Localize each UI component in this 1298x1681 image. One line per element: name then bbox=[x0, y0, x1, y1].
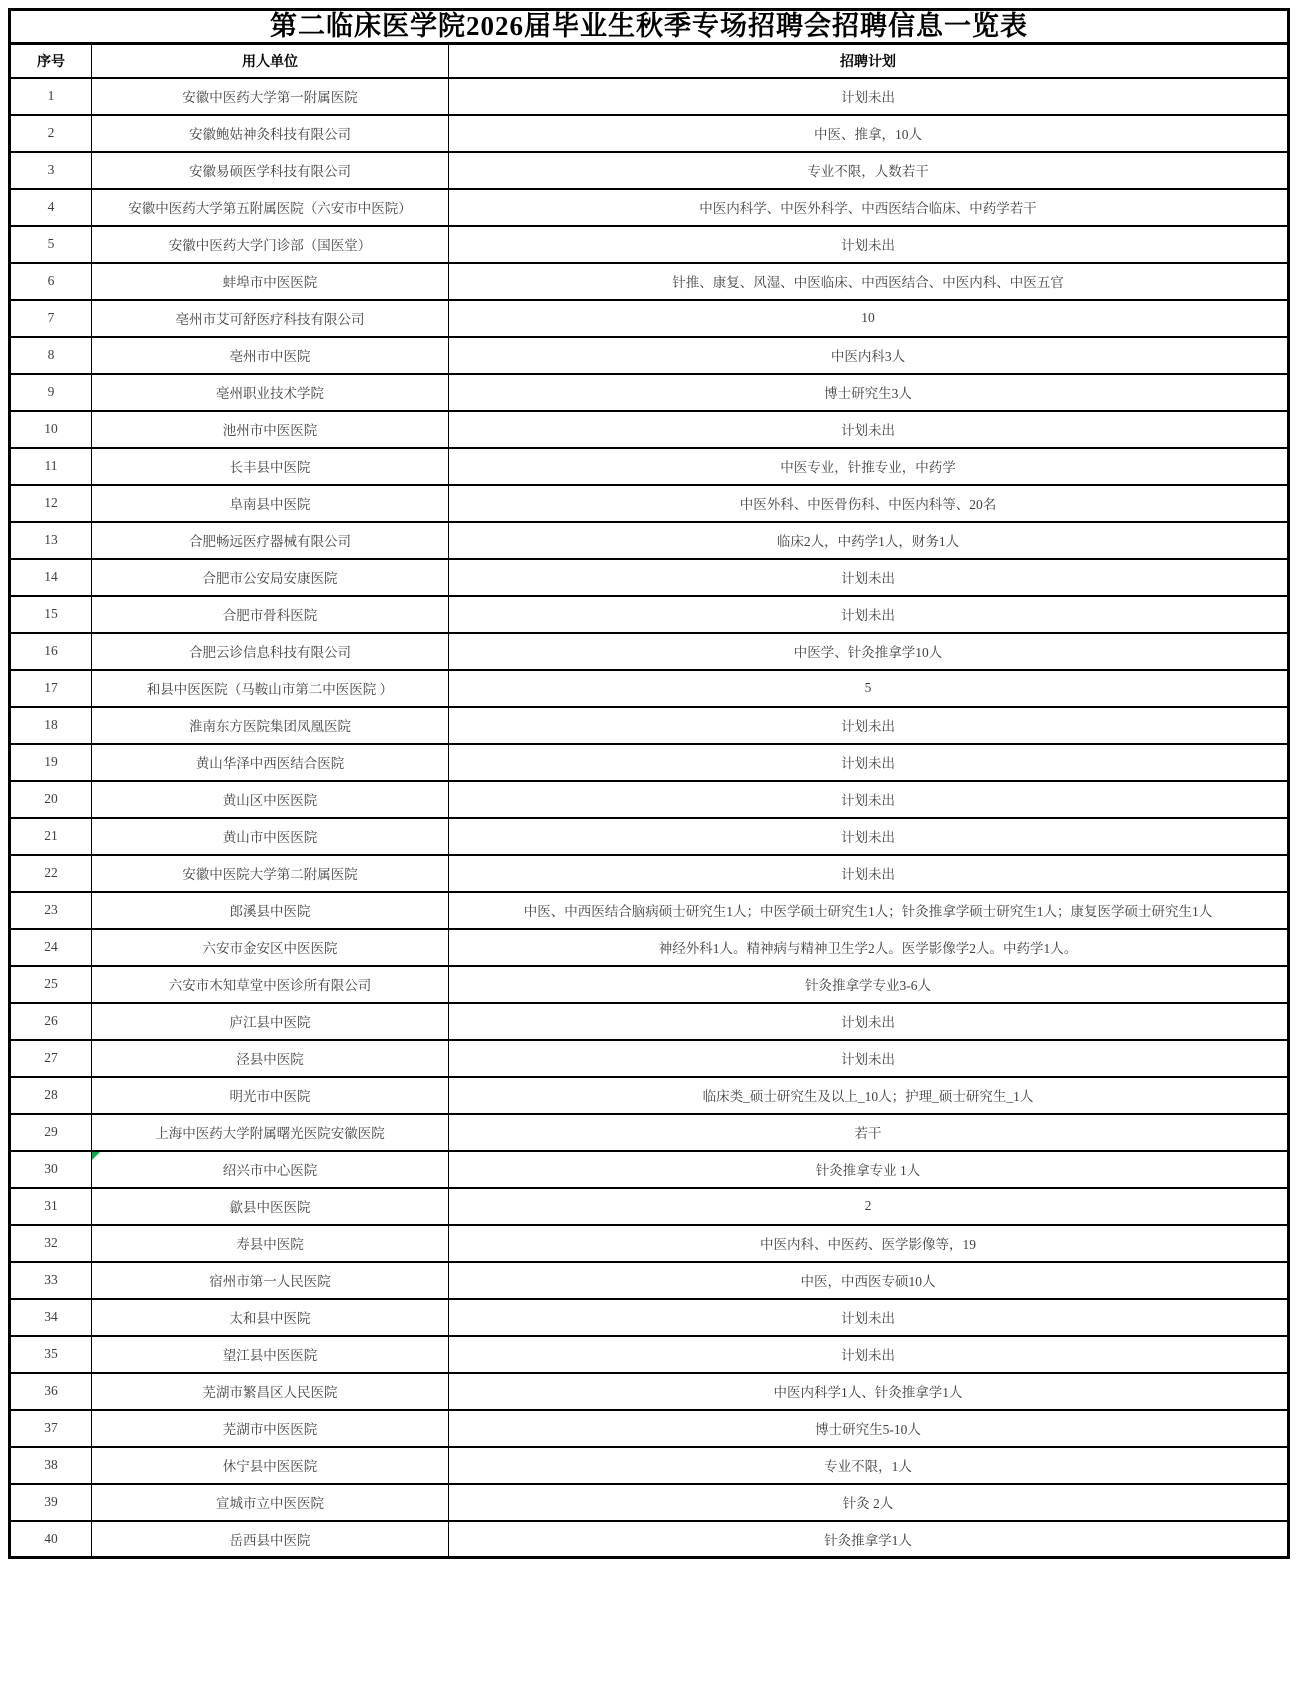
row-index-cell: 34 bbox=[10, 1299, 92, 1336]
row-employer-cell: 亳州市艾可舒医疗科技有限公司 bbox=[92, 300, 449, 337]
row-plan-cell: 中医内科、中医药、医学影像等，19 bbox=[449, 1225, 1289, 1262]
recruitment-info-page: 第二临床医学院2026届毕业生秋季专场招聘会招聘信息一览表 序号 用人单位 招聘… bbox=[0, 0, 1298, 1681]
row-plan-cell: 计划未出 bbox=[449, 781, 1289, 818]
row-index-cell: 23 bbox=[10, 892, 92, 929]
table-row: 37 芜湖市中医医院 博士研究生5-10人 bbox=[10, 1410, 1289, 1447]
row-plan-cell: 中医内科学1人、针灸推拿学1人 bbox=[449, 1373, 1289, 1410]
table-row: 4 安徽中医药大学第五附属医院（六安市中医院） 中医内科学、中医外科学、中西医结… bbox=[10, 189, 1289, 226]
row-plan-cell: 计划未出 bbox=[449, 596, 1289, 633]
row-plan-cell: 10 bbox=[449, 300, 1289, 337]
row-employer-cell: 安徽中医药大学第一附属医院 bbox=[92, 78, 449, 115]
row-employer-cell: 和县中医医院（马鞍山市第二中医医院 ） bbox=[92, 670, 449, 707]
row-employer-cell: 黄山华泽中西医结合医院 bbox=[92, 744, 449, 781]
table-row: 11 长丰县中医院 中医专业，针推专业，中药学 bbox=[10, 448, 1289, 485]
table-body: 1 安徽中医药大学第一附属医院 计划未出 2 安徽鲍姑神灸科技有限公司 中医、推… bbox=[10, 78, 1289, 1558]
row-employer-label: 安徽易硕医学科技有限公司 bbox=[189, 164, 351, 179]
row-employer-cell: 淮南东方医院集团凤凰医院 bbox=[92, 707, 449, 744]
row-index-cell: 29 bbox=[10, 1114, 92, 1151]
row-employer-cell: 六安市木知草堂中医诊所有限公司 bbox=[92, 966, 449, 1003]
row-employer-cell: 歙县中医医院 bbox=[92, 1188, 449, 1225]
row-employer-label: 宣城市立中医医院 bbox=[216, 1496, 324, 1511]
row-employer-cell: 合肥市公安局安康医院 bbox=[92, 559, 449, 596]
row-index-cell: 35 bbox=[10, 1336, 92, 1373]
row-employer-label: 岳西县中医院 bbox=[230, 1533, 311, 1548]
row-employer-cell: 合肥云诊信息科技有限公司 bbox=[92, 633, 449, 670]
row-index-cell: 7 bbox=[10, 300, 92, 337]
row-employer-cell: 宿州市第一人民医院 bbox=[92, 1262, 449, 1299]
row-index-cell: 6 bbox=[10, 263, 92, 300]
row-employer-cell: 亳州职业技术学院 bbox=[92, 374, 449, 411]
row-index-cell: 2 bbox=[10, 115, 92, 152]
row-employer-cell: 安徽中医院大学第二附属医院 bbox=[92, 855, 449, 892]
row-plan-cell: 计划未出 bbox=[449, 818, 1289, 855]
row-employer-label: 安徽中医药大学门诊部（国医堂） bbox=[169, 238, 372, 253]
row-employer-label: 安徽鲍姑神灸科技有限公司 bbox=[189, 127, 351, 142]
row-index-cell: 9 bbox=[10, 374, 92, 411]
row-plan-cell: 计划未出 bbox=[449, 226, 1289, 263]
table-row: 17 和县中医医院（马鞍山市第二中医医院 ） 5 bbox=[10, 670, 1289, 707]
row-plan-cell: 针灸推拿学专业3-6人 bbox=[449, 966, 1289, 1003]
row-plan-cell: 计划未出 bbox=[449, 744, 1289, 781]
row-employer-label: 合肥市骨科医院 bbox=[223, 608, 318, 623]
table-row: 2 安徽鲍姑神灸科技有限公司 中医、推拿，10人 bbox=[10, 115, 1289, 152]
row-employer-cell: 明光市中医院 bbox=[92, 1077, 449, 1114]
table-row: 29 上海中医药大学附属曙光医院安徽医院 若干 bbox=[10, 1114, 1289, 1151]
table-row: 25 六安市木知草堂中医诊所有限公司 针灸推拿学专业3-6人 bbox=[10, 966, 1289, 1003]
table-row: 22 安徽中医院大学第二附属医院 计划未出 bbox=[10, 855, 1289, 892]
row-index-cell: 17 bbox=[10, 670, 92, 707]
table-row: 12 阜南县中医院 中医外科、中医骨伤科、中医内科等、20名 bbox=[10, 485, 1289, 522]
row-index-cell: 3 bbox=[10, 152, 92, 189]
row-plan-cell: 中医学、针灸推拿学10人 bbox=[449, 633, 1289, 670]
row-index-cell: 15 bbox=[10, 596, 92, 633]
table-row: 9 亳州职业技术学院 博士研究生3人 bbox=[10, 374, 1289, 411]
row-employer-label: 芜湖市繁昌区人民医院 bbox=[203, 1385, 338, 1400]
row-plan-cell: 中医、推拿，10人 bbox=[449, 115, 1289, 152]
row-employer-label: 黄山市中医医院 bbox=[223, 830, 318, 845]
row-employer-cell: 安徽鲍姑神灸科技有限公司 bbox=[92, 115, 449, 152]
row-employer-cell: 芜湖市中医医院 bbox=[92, 1410, 449, 1447]
row-plan-cell: 计划未出 bbox=[449, 1003, 1289, 1040]
row-plan-cell: 中医、中西医结合脑病硕士研究生1人；中医学硕士研究生1人；针灸推拿学硕士研究生1… bbox=[449, 892, 1289, 929]
row-index-cell: 30 bbox=[10, 1151, 92, 1188]
row-employer-label: 六安市金安区中医医院 bbox=[203, 941, 338, 956]
row-plan-cell: 计划未出 bbox=[449, 411, 1289, 448]
row-employer-cell: 郎溪县中医院 bbox=[92, 892, 449, 929]
row-employer-cell: 安徽易硕医学科技有限公司 bbox=[92, 152, 449, 189]
row-index-cell: 22 bbox=[10, 855, 92, 892]
comment-marker-icon bbox=[92, 1152, 100, 1160]
row-index-cell: 37 bbox=[10, 1410, 92, 1447]
header-row: 序号 用人单位 招聘计划 bbox=[10, 44, 1289, 78]
table-row: 13 合肥畅远医疗器械有限公司 临床2人，中药学1人，财务1人 bbox=[10, 522, 1289, 559]
row-index-cell: 13 bbox=[10, 522, 92, 559]
row-index-cell: 19 bbox=[10, 744, 92, 781]
row-plan-cell: 中医内科学、中医外科学、中西医结合临床、中药学若干 bbox=[449, 189, 1289, 226]
table-row: 34 太和县中医院 计划未出 bbox=[10, 1299, 1289, 1336]
table-row: 39 宣城市立中医医院 针灸 2人 bbox=[10, 1484, 1289, 1521]
row-employer-cell: 蚌埠市中医医院 bbox=[92, 263, 449, 300]
row-employer-label: 池州市中医医院 bbox=[223, 423, 318, 438]
row-plan-cell: 针推、康复、风湿、中医临床、中西医结合、中医内科、中医五官 bbox=[449, 263, 1289, 300]
row-plan-cell: 中医专业，针推专业，中药学 bbox=[449, 448, 1289, 485]
row-plan-cell: 计划未出 bbox=[449, 1040, 1289, 1077]
row-employer-cell: 芜湖市繁昌区人民医院 bbox=[92, 1373, 449, 1410]
table-row: 1 安徽中医药大学第一附属医院 计划未出 bbox=[10, 78, 1289, 115]
row-plan-cell: 中医，中西医专硕10人 bbox=[449, 1262, 1289, 1299]
row-plan-cell: 专业不限，人数若干 bbox=[449, 152, 1289, 189]
row-index-cell: 16 bbox=[10, 633, 92, 670]
row-employer-label: 明光市中医院 bbox=[230, 1089, 311, 1104]
row-index-cell: 31 bbox=[10, 1188, 92, 1225]
row-employer-cell: 合肥畅远医疗器械有限公司 bbox=[92, 522, 449, 559]
row-plan-cell: 神经外科1人。精神病与精神卫生学2人。医学影像学2人。中药学1人。 bbox=[449, 929, 1289, 966]
row-employer-label: 郎溪县中医院 bbox=[230, 904, 311, 919]
header-employer: 用人单位 bbox=[92, 44, 449, 78]
row-index-cell: 32 bbox=[10, 1225, 92, 1262]
row-employer-cell: 合肥市骨科医院 bbox=[92, 596, 449, 633]
table-row: 40 岳西县中医院 针灸推拿学1人 bbox=[10, 1521, 1289, 1558]
table-row: 36 芜湖市繁昌区人民医院 中医内科学1人、针灸推拿学1人 bbox=[10, 1373, 1289, 1410]
table-row: 8 亳州市中医院 中医内科3人 bbox=[10, 337, 1289, 374]
row-employer-label: 歙县中医医院 bbox=[230, 1200, 311, 1215]
row-plan-cell: 若干 bbox=[449, 1114, 1289, 1151]
table-row: 27 泾县中医院 计划未出 bbox=[10, 1040, 1289, 1077]
row-employer-cell: 庐江县中医院 bbox=[92, 1003, 449, 1040]
row-employer-cell: 上海中医药大学附属曙光医院安徽医院 bbox=[92, 1114, 449, 1151]
row-index-cell: 28 bbox=[10, 1077, 92, 1114]
row-index-cell: 40 bbox=[10, 1521, 92, 1558]
row-index-cell: 5 bbox=[10, 226, 92, 263]
table-row: 18 淮南东方医院集团凤凰医院 计划未出 bbox=[10, 707, 1289, 744]
row-employer-cell: 阜南县中医院 bbox=[92, 485, 449, 522]
row-employer-label: 合肥市公安局安康医院 bbox=[203, 571, 338, 586]
row-employer-label: 上海中医药大学附属曙光医院安徽医院 bbox=[155, 1126, 385, 1141]
row-index-cell: 39 bbox=[10, 1484, 92, 1521]
row-index-cell: 14 bbox=[10, 559, 92, 596]
row-index-cell: 18 bbox=[10, 707, 92, 744]
row-plan-cell: 计划未出 bbox=[449, 855, 1289, 892]
row-employer-cell: 岳西县中医院 bbox=[92, 1521, 449, 1558]
row-employer-label: 泾县中医院 bbox=[236, 1052, 304, 1067]
row-plan-cell: 5 bbox=[449, 670, 1289, 707]
row-employer-label: 庐江县中医院 bbox=[230, 1015, 311, 1030]
row-employer-label: 长丰县中医院 bbox=[230, 460, 311, 475]
row-plan-cell: 计划未出 bbox=[449, 1336, 1289, 1373]
table-row: 5 安徽中医药大学门诊部（国医堂） 计划未出 bbox=[10, 226, 1289, 263]
row-employer-cell: 休宁县中医医院 bbox=[92, 1447, 449, 1484]
row-index-cell: 1 bbox=[10, 78, 92, 115]
table-row: 35 望江县中医医院 计划未出 bbox=[10, 1336, 1289, 1373]
row-employer-label: 和县中医医院（马鞍山市第二中医医院 ） bbox=[147, 682, 393, 697]
row-index-cell: 36 bbox=[10, 1373, 92, 1410]
header-index: 序号 bbox=[10, 44, 92, 78]
table-row: 6 蚌埠市中医医院 针推、康复、风湿、中医临床、中西医结合、中医内科、中医五官 bbox=[10, 263, 1289, 300]
row-plan-cell: 计划未出 bbox=[449, 559, 1289, 596]
row-employer-label: 六安市木知草堂中医诊所有限公司 bbox=[169, 978, 372, 993]
table-row: 16 合肥云诊信息科技有限公司 中医学、针灸推拿学10人 bbox=[10, 633, 1289, 670]
row-employer-label: 休宁县中医医院 bbox=[223, 1459, 318, 1474]
row-employer-label: 安徽中医药大学第一附属医院 bbox=[182, 90, 358, 105]
row-employer-cell: 亳州市中医院 bbox=[92, 337, 449, 374]
table-row: 31 歙县中医医院 2 bbox=[10, 1188, 1289, 1225]
table-row: 19 黄山华泽中西医结合医院 计划未出 bbox=[10, 744, 1289, 781]
row-employer-label: 太和县中医院 bbox=[230, 1311, 311, 1326]
row-plan-cell: 针灸推拿专业 1人 bbox=[449, 1151, 1289, 1188]
table-row: 7 亳州市艾可舒医疗科技有限公司 10 bbox=[10, 300, 1289, 337]
table-row: 23 郎溪县中医院 中医、中西医结合脑病硕士研究生1人；中医学硕士研究生1人；针… bbox=[10, 892, 1289, 929]
row-employer-cell: 黄山市中医医院 bbox=[92, 818, 449, 855]
table-row: 21 黄山市中医医院 计划未出 bbox=[10, 818, 1289, 855]
table-row: 26 庐江县中医院 计划未出 bbox=[10, 1003, 1289, 1040]
row-index-cell: 20 bbox=[10, 781, 92, 818]
row-employer-label: 芜湖市中医医院 bbox=[223, 1422, 318, 1437]
row-employer-cell: 泾县中医院 bbox=[92, 1040, 449, 1077]
row-employer-cell: 长丰县中医院 bbox=[92, 448, 449, 485]
table-row: 30 绍兴市中心医院 针灸推拿专业 1人 bbox=[10, 1151, 1289, 1188]
row-employer-label: 寿县中医院 bbox=[236, 1237, 304, 1252]
row-plan-cell: 计划未出 bbox=[449, 78, 1289, 115]
row-employer-cell: 安徽中医药大学门诊部（国医堂） bbox=[92, 226, 449, 263]
row-employer-cell: 望江县中医医院 bbox=[92, 1336, 449, 1373]
row-plan-cell: 博士研究生3人 bbox=[449, 374, 1289, 411]
row-plan-cell: 计划未出 bbox=[449, 707, 1289, 744]
page-title: 第二临床医学院2026届毕业生秋季专场招聘会招聘信息一览表 bbox=[8, 8, 1290, 42]
row-employer-label: 安徽中医院大学第二附属医院 bbox=[182, 867, 358, 882]
row-employer-cell: 太和县中医院 bbox=[92, 1299, 449, 1336]
row-employer-label: 阜南县中医院 bbox=[230, 497, 311, 512]
row-plan-cell: 临床类_硕士研究生及以上_10人；护理_硕士研究生_1人 bbox=[449, 1077, 1289, 1114]
row-plan-cell: 针灸推拿学1人 bbox=[449, 1521, 1289, 1558]
table-row: 38 休宁县中医医院 专业不限，1人 bbox=[10, 1447, 1289, 1484]
table-row: 32 寿县中医院 中医内科、中医药、医学影像等，19 bbox=[10, 1225, 1289, 1262]
row-employer-label: 黄山区中医医院 bbox=[223, 793, 318, 808]
row-plan-cell: 针灸 2人 bbox=[449, 1484, 1289, 1521]
table-row: 24 六安市金安区中医医院 神经外科1人。精神病与精神卫生学2人。医学影像学2人… bbox=[10, 929, 1289, 966]
row-employer-label: 安徽中医药大学第五附属医院（六安市中医院） bbox=[128, 201, 412, 216]
row-index-cell: 21 bbox=[10, 818, 92, 855]
row-employer-cell: 安徽中医药大学第五附属医院（六安市中医院） bbox=[92, 189, 449, 226]
row-index-cell: 12 bbox=[10, 485, 92, 522]
row-plan-cell: 中医外科、中医骨伤科、中医内科等、20名 bbox=[449, 485, 1289, 522]
row-index-cell: 38 bbox=[10, 1447, 92, 1484]
table-row: 33 宿州市第一人民医院 中医，中西医专硕10人 bbox=[10, 1262, 1289, 1299]
table-row: 14 合肥市公安局安康医院 计划未出 bbox=[10, 559, 1289, 596]
row-index-cell: 4 bbox=[10, 189, 92, 226]
row-index-cell: 24 bbox=[10, 929, 92, 966]
row-employer-label: 蚌埠市中医医院 bbox=[223, 275, 318, 290]
row-employer-cell: 池州市中医医院 bbox=[92, 411, 449, 448]
row-plan-cell: 专业不限，1人 bbox=[449, 1447, 1289, 1484]
row-index-cell: 25 bbox=[10, 966, 92, 1003]
header-plan: 招聘计划 bbox=[449, 44, 1289, 78]
row-employer-cell: 六安市金安区中医医院 bbox=[92, 929, 449, 966]
row-employer-label: 合肥畅远医疗器械有限公司 bbox=[189, 534, 351, 549]
row-employer-cell: 黄山区中医医院 bbox=[92, 781, 449, 818]
recruitment-sheet: 第二临床医学院2026届毕业生秋季专场招聘会招聘信息一览表 序号 用人单位 招聘… bbox=[8, 8, 1290, 1559]
row-employer-label: 宿州市第一人民医院 bbox=[209, 1274, 331, 1289]
table-row: 28 明光市中医院 临床类_硕士研究生及以上_10人；护理_硕士研究生_1人 bbox=[10, 1077, 1289, 1114]
row-plan-cell: 2 bbox=[449, 1188, 1289, 1225]
row-employer-cell: 绍兴市中心医院 bbox=[92, 1151, 449, 1188]
recruitment-table: 序号 用人单位 招聘计划 1 安徽中医药大学第一附属医院 计划未出 2 安徽鲍姑… bbox=[8, 42, 1290, 1559]
table-row: 20 黄山区中医医院 计划未出 bbox=[10, 781, 1289, 818]
row-index-cell: 26 bbox=[10, 1003, 92, 1040]
row-employer-label: 望江县中医医院 bbox=[223, 1348, 318, 1363]
row-employer-label: 亳州市艾可舒医疗科技有限公司 bbox=[176, 312, 365, 327]
row-index-cell: 33 bbox=[10, 1262, 92, 1299]
row-employer-label: 合肥云诊信息科技有限公司 bbox=[189, 645, 351, 660]
row-plan-cell: 计划未出 bbox=[449, 1299, 1289, 1336]
row-index-cell: 11 bbox=[10, 448, 92, 485]
row-employer-cell: 寿县中医院 bbox=[92, 1225, 449, 1262]
row-index-cell: 10 bbox=[10, 411, 92, 448]
row-plan-cell: 中医内科3人 bbox=[449, 337, 1289, 374]
row-employer-label: 淮南东方医院集团凤凰医院 bbox=[189, 719, 351, 734]
row-employer-label: 亳州市中医院 bbox=[230, 349, 311, 364]
row-index-cell: 27 bbox=[10, 1040, 92, 1077]
table-row: 3 安徽易硕医学科技有限公司 专业不限，人数若干 bbox=[10, 152, 1289, 189]
row-index-cell: 8 bbox=[10, 337, 92, 374]
row-employer-cell: 宣城市立中医医院 bbox=[92, 1484, 449, 1521]
row-employer-label: 亳州职业技术学院 bbox=[216, 386, 324, 401]
row-plan-cell: 临床2人，中药学1人，财务1人 bbox=[449, 522, 1289, 559]
row-employer-label: 黄山华泽中西医结合医院 bbox=[196, 756, 345, 771]
row-plan-cell: 博士研究生5-10人 bbox=[449, 1410, 1289, 1447]
table-row: 10 池州市中医医院 计划未出 bbox=[10, 411, 1289, 448]
row-employer-label: 绍兴市中心医院 bbox=[223, 1163, 318, 1178]
table-row: 15 合肥市骨科医院 计划未出 bbox=[10, 596, 1289, 633]
